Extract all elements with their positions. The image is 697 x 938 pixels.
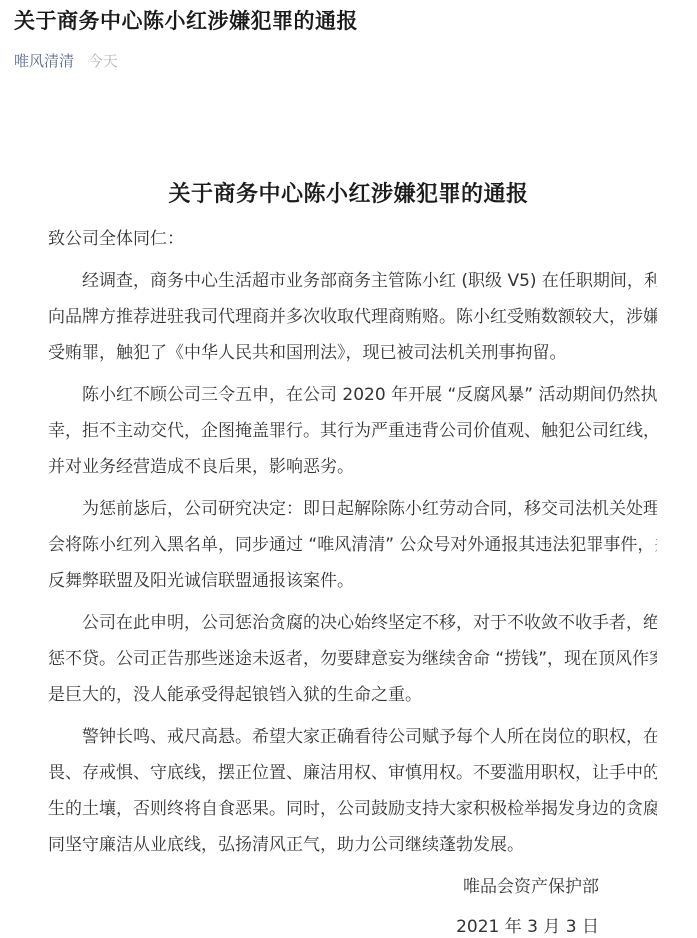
body-line: 警钟长鸣、戒尺高悬。希望大家正确看待公司赋予每个人所在岗位的职权，在工作中做到知…: [48, 719, 657, 755]
body-line: 向品牌方推荐进驻我司代理商并多次收取代理商贿赂。陈小红受贿数额较大，涉嫌非国家工…: [48, 299, 657, 335]
notice-document-image: 关于商务中心陈小红涉嫌犯罪的通报 致公司全体同仁： 经调查，商务中心生活超市业务…: [0, 182, 697, 938]
notice-title: 关于商务中心陈小红涉嫌犯罪的通报: [0, 182, 697, 208]
signature-date: 2021 年 3 月 3 日: [48, 909, 599, 938]
paragraph: 公司在此申明，公司惩治贪腐的决心始终坚定不移，对于不收敛不收手者，绝不姑息，一律…: [48, 605, 657, 713]
body-line: 公司在此申明，公司惩治贪腐的决心始终坚定不移，对于不收敛不收手者，绝不姑息，一律…: [48, 605, 657, 641]
paragraph: 警钟长鸣、戒尺高悬。希望大家正确看待公司赋予每个人所在岗位的职权，在工作中做到知…: [48, 719, 657, 863]
body-line: 会将陈小红列入黑名单，同步通过 “唯风清清” 公众号对外通报其违法犯罪事件，并向…: [48, 527, 657, 563]
body-line: 生的土壤，否则终将自食恶果。同时，公司鼓励支持大家积极检举揭发身边的贪腐行为；让…: [48, 791, 657, 827]
byline: 唯风清清 今天: [14, 51, 683, 72]
body-line: 是巨大的，没人能承受得起锒铛入狱的生命之重。: [48, 677, 657, 713]
body-line: 受贿罪，触犯了《中华人民共和国刑法》，现已被司法机关刑事拘留。: [48, 335, 657, 371]
paragraph: 陈小红不顾公司三令五申，在公司 2020 年开展 “反腐风暴” 活动期间仍然执迷…: [48, 377, 657, 485]
signature-department: 唯品会资产保护部: [48, 869, 599, 905]
body-line: 陈小红不顾公司三令五申，在公司 2020 年开展 “反腐风暴” 活动期间仍然执迷…: [48, 377, 657, 413]
account-name-link[interactable]: 唯风清清: [14, 52, 74, 70]
body-line: 畏、存戒惧、守底线，摆正位置、廉洁用权、审慎用权。不要滥用职权，让手中的权力成为…: [48, 755, 657, 791]
paragraph: 为惩前毖后，公司研究决定：即日起解除陈小红劳动合同，移交司法机关处理。此外，公司…: [48, 491, 657, 599]
salutation: 致公司全体同仁：: [48, 221, 657, 257]
body-line: 惩不贷。公司正告那些迷途未返者，勿要肆意妄为继续舍命 “捞钱”，现在顶风作案的成…: [48, 641, 657, 677]
body-line: 反舞弊联盟及阳光诚信联盟通报该案件。: [48, 563, 657, 599]
publish-date: 今天: [88, 52, 118, 70]
page-title: 关于商务中心陈小红涉嫌犯罪的通报: [14, 8, 683, 35]
article-page: 关于商务中心陈小红涉嫌犯罪的通报 唯风清清 今天 关于商务中心陈小红涉嫌犯罪的通…: [0, 8, 697, 938]
body-line: 为惩前毖后，公司研究决定：即日起解除陈小红劳动合同，移交司法机关处理。此外，公司…: [48, 491, 657, 527]
body-line: 并对业务经营造成不良后果，影响恶劣。: [48, 449, 657, 485]
paragraph: 经调查，商务中心生活超市业务部商务主管陈小红 (职级 V5) 在任职期间，利用其…: [48, 263, 657, 371]
body-line: 同坚守廉洁从业底线，弘扬清风正气，助力公司继续蓬勃发展。: [48, 827, 657, 863]
notice-body: 致公司全体同仁： 经调查，商务中心生活超市业务部商务主管陈小红 (职级 V5) …: [48, 221, 657, 938]
body-line: 经调查，商务中心生活超市业务部商务主管陈小红 (职级 V5) 在任职期间，利用其…: [48, 263, 657, 299]
signature-block: 唯品会资产保护部 2021 年 3 月 3 日: [48, 869, 599, 938]
body-line: 幸，拒不主动交代，企图掩盖罪行。其行为严重违背公司价值观、触犯公司红线，损害了公…: [48, 413, 657, 449]
